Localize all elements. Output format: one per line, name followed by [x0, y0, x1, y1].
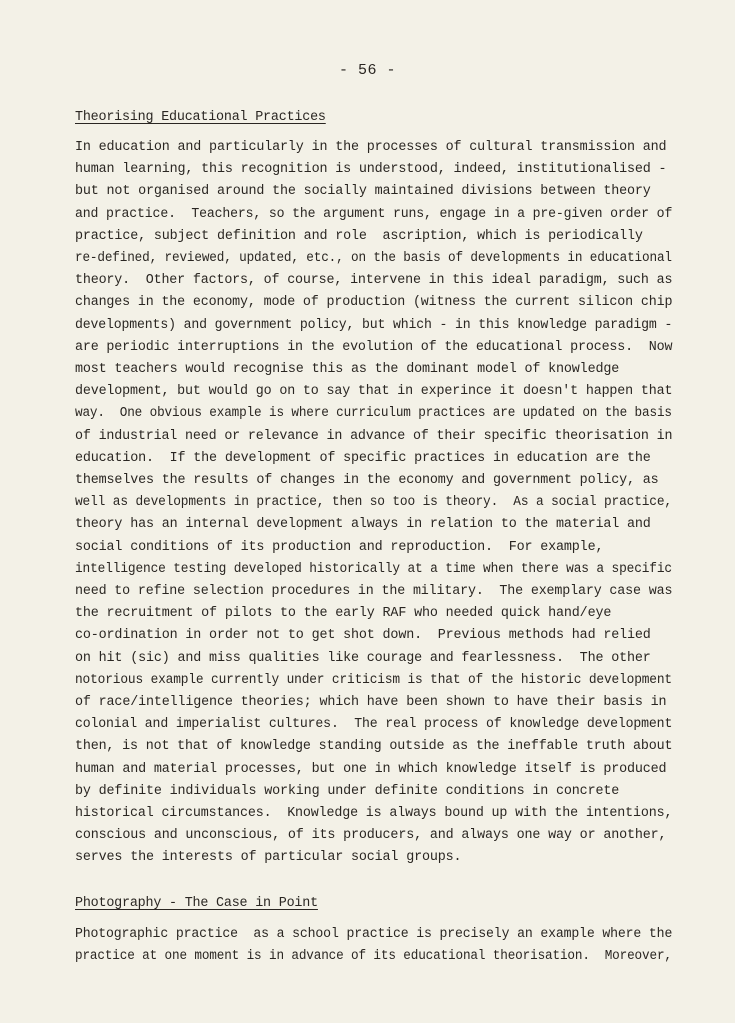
text-line: then, is not that of knowledge standing …	[75, 739, 672, 755]
text-line: Photographic practice as a school practi…	[75, 927, 672, 943]
text-line: themselves the results of changes in the…	[75, 473, 659, 489]
text-line: and practice. Teachers, so the argument …	[75, 207, 672, 223]
text-line: but not organised around the socially ma…	[75, 184, 651, 200]
text-line: colonial and imperialist cultures. The r…	[75, 717, 672, 733]
text-line: practice, subject definition and role as…	[75, 229, 643, 245]
text-line: human learning, this recognition is unde…	[75, 162, 666, 178]
text-line: education. If the development of specifi…	[75, 451, 651, 467]
text-line: intelligence testing developed historica…	[75, 562, 672, 578]
text-line: the recruitment of pilots to the early R…	[75, 606, 611, 622]
section-heading-theorising: Theorising Educational Practices	[75, 110, 326, 125]
text-line: In education and particularly in the pro…	[75, 140, 666, 156]
text-line: conscious and unconscious, of its produc…	[75, 828, 666, 844]
text-line: social conditions of its production and …	[75, 540, 603, 556]
text-line: on hit (sic) and miss qualities like cou…	[75, 651, 651, 667]
text-line: serves the interests of particular socia…	[75, 850, 461, 866]
text-line: practice at one moment is in advance of …	[75, 949, 672, 965]
text-line: co-ordination in order not to get shot d…	[75, 628, 651, 644]
text-line: are periodic interruptions in the evolut…	[75, 340, 672, 356]
text-line: by definite individuals working under de…	[75, 784, 619, 800]
text-line: of race/intelligence theories; which hav…	[75, 695, 666, 711]
text-line: developments) and government policy, but…	[75, 318, 672, 334]
text-line: well as developments in practice, then s…	[75, 495, 672, 511]
text-line: re-defined, reviewed, updated, etc., on …	[75, 251, 672, 267]
text-line: notorious example currently under critic…	[75, 673, 672, 689]
page-number: - 56 -	[0, 62, 735, 79]
text-line: need to refine selection procedures in t…	[75, 584, 672, 600]
text-line: way. One obvious example is where curric…	[75, 406, 672, 422]
text-line: theory. Other factors, of course, interv…	[75, 273, 672, 289]
text-line: development, but would go on to say that…	[75, 384, 672, 400]
text-line: most teachers would recognise this as th…	[75, 362, 619, 378]
text-line: human and material processes, but one in…	[75, 762, 666, 778]
section-heading-photography: Photography - The Case in Point	[75, 896, 318, 911]
text-line: theory has an internal development alway…	[75, 517, 651, 533]
text-line: of industrial need or relevance in advan…	[75, 429, 672, 445]
text-line: changes in the economy, mode of producti…	[75, 295, 672, 311]
document-page: - 56 - Theorising Educational Practices …	[0, 0, 735, 1023]
text-line: historical circumstances. Knowledge is a…	[75, 806, 672, 822]
